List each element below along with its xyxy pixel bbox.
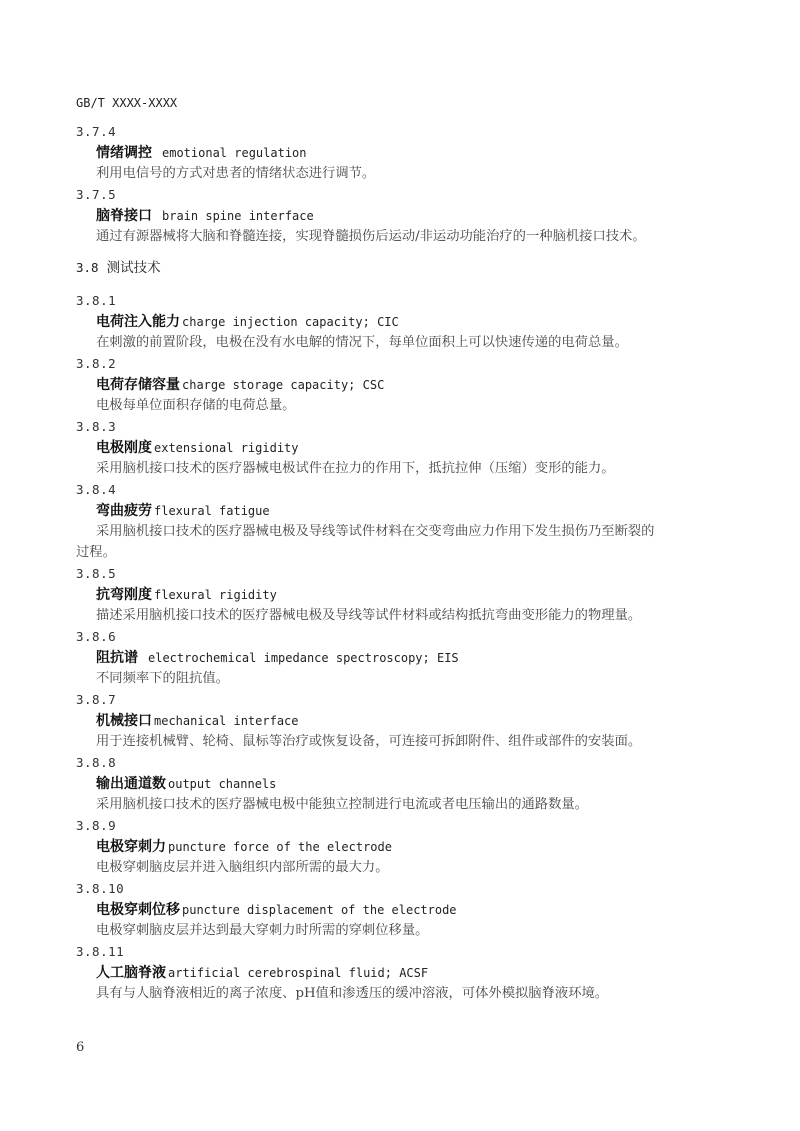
term-zh: 人工脑脊液 <box>96 965 166 981</box>
term-entry: 3.8.5 抗弯刚度flexural rigidity 描述采用脑机接口技术的医… <box>76 563 716 626</box>
term-en: charge storage capacity; CSC <box>182 378 384 392</box>
page-number: 6 <box>76 1040 84 1055</box>
entry-number: 3.8.10 <box>76 878 716 899</box>
term-zh: 电极刚度 <box>96 440 152 456</box>
term-definition: 采用脑机接口技术的医疗器械电极及导线等试件材料在交变弯曲应力作用下发生损伤乃至断… <box>76 521 716 542</box>
entry-number: 3.8.6 <box>76 626 716 647</box>
term-heading: 电极刚度extensional rigidity <box>76 437 716 458</box>
term-zh: 电极穿刺力 <box>96 839 166 855</box>
term-definition: 利用电信号的方式对患者的情绪状态进行调节。 <box>76 163 716 184</box>
term-en: charge injection capacity; CIC <box>182 315 399 329</box>
term-heading: 情绪调控emotional regulation <box>76 142 716 163</box>
section-title: 测试技术 <box>107 260 161 276</box>
term-zh: 情绪调控 <box>96 145 152 161</box>
term-entry: 3.8.10 电极穿刺位移puncture displacement of th… <box>76 878 716 941</box>
term-zh: 抗弯刚度 <box>96 587 152 603</box>
term-zh: 机械接口 <box>96 713 152 729</box>
term-zh: 弯曲疲劳 <box>96 503 152 519</box>
term-definition: 在刺激的前置阶段，电极在没有水电解的情况下，每单位面积上可以快速传递的电荷总量。 <box>76 332 716 353</box>
term-entry: 3.8.6 阻抗谱electrochemical impedance spect… <box>76 626 716 689</box>
term-definition: 电极每单位面积存储的电荷总量。 <box>76 395 716 416</box>
entry-number: 3.8.7 <box>76 689 716 710</box>
entry-number: 3.8.9 <box>76 815 716 836</box>
entry-number: 3.8.5 <box>76 563 716 584</box>
section-number: 3.8 <box>76 260 99 275</box>
entry-number: 3.8.2 <box>76 353 716 374</box>
term-en: artificial cerebrospinal fluid; ACSF <box>168 966 428 980</box>
term-zh: 脑脊接口 <box>96 208 152 224</box>
entry-number: 3.8.1 <box>76 290 716 311</box>
term-definition: 不同频率下的阻抗值。 <box>76 668 716 689</box>
term-en: brain spine interface <box>162 209 314 223</box>
term-entry: 3.8.7 机械接口mechanical interface 用于连接机械臂、轮… <box>76 689 716 752</box>
term-entry: 3.8.8 输出通道数output channels 采用脑机接口技术的医疗器械… <box>76 752 716 815</box>
term-en: puncture displacement of the electrode <box>182 903 457 917</box>
term-definition: 采用脑机接口技术的医疗器械电极试件在拉力的作用下，抵抗拉伸（压缩）变形的能力。 <box>76 458 716 479</box>
term-heading: 脑脊接口brain spine interface <box>76 205 716 226</box>
term-definition: 用于连接机械臂、轮椅、鼠标等治疗或恢复设备，可连接可拆卸附件、组件或部件的安装面… <box>76 731 716 752</box>
standard-code-header: GB/T XXXX-XXXX <box>76 96 177 110</box>
term-heading: 电极穿刺位移puncture displacement of the elect… <box>76 899 716 920</box>
term-heading: 输出通道数output channels <box>76 773 716 794</box>
term-zh: 阻抗谱 <box>96 650 138 666</box>
entry-number: 3.8.8 <box>76 752 716 773</box>
entry-number: 3.8.11 <box>76 941 716 962</box>
term-en: flexural rigidity <box>154 588 277 602</box>
term-definition: 采用脑机接口技术的医疗器械电极中能独立控制进行电流或者电压输出的通路数量。 <box>76 794 716 815</box>
term-entry: 3.7.5 脑脊接口brain spine interface 通过有源器械将大… <box>76 184 716 247</box>
section-heading: 3.8测试技术 <box>76 257 716 278</box>
term-heading: 电荷注入能力charge injection capacity; CIC <box>76 311 716 332</box>
term-zh: 电荷存储容量 <box>96 377 180 393</box>
entry-number: 3.7.4 <box>76 121 716 142</box>
term-en: mechanical interface <box>154 714 299 728</box>
term-en: flexural fatigue <box>154 504 270 518</box>
term-en: extensional rigidity <box>154 441 299 455</box>
term-heading: 阻抗谱electrochemical impedance spectroscop… <box>76 647 716 668</box>
term-entry: 3.7.4 情绪调控emotional regulation 利用电信号的方式对… <box>76 121 716 184</box>
term-entry: 3.8.3 电极刚度extensional rigidity 采用脑机接口技术的… <box>76 416 716 479</box>
entry-number: 3.7.5 <box>76 184 716 205</box>
term-heading: 电极穿刺力puncture force of the electrode <box>76 836 716 857</box>
term-en: puncture force of the electrode <box>168 840 392 854</box>
term-entry: 3.8.9 电极穿刺力puncture force of the electro… <box>76 815 716 878</box>
document-page: GB/T XXXX-XXXX 3.7.4 情绪调控emotional regul… <box>0 0 800 1131</box>
entry-number: 3.8.4 <box>76 479 716 500</box>
term-definition: 具有与人脑脊液相近的离子浓度、pH值和渗透压的缓冲溶液，可体外模拟脑脊液环境。 <box>76 983 716 1004</box>
term-definition: 描述采用脑机接口技术的医疗器械电极及导线等试件材料或结构抵抗弯曲变形能力的物理量… <box>76 605 716 626</box>
document-body: 3.7.4 情绪调控emotional regulation 利用电信号的方式对… <box>76 121 716 1004</box>
term-heading: 人工脑脊液artificial cerebrospinal fluid; ACS… <box>76 962 716 983</box>
term-definition: 通过有源器械将大脑和脊髓连接，实现脊髓损伤后运动/非运动功能治疗的一种脑机接口技… <box>76 226 716 247</box>
term-definition-continuation: 过程。 <box>76 542 716 563</box>
term-zh: 电荷注入能力 <box>96 314 180 330</box>
term-heading: 弯曲疲劳flexural fatigue <box>76 500 716 521</box>
term-en: electrochemical impedance spectroscopy; … <box>148 651 459 665</box>
term-entry: 3.8.2 电荷存储容量charge storage capacity; CSC… <box>76 353 716 416</box>
term-en: emotional regulation <box>162 146 307 160</box>
term-entry: 3.8.4 弯曲疲劳flexural fatigue 采用脑机接口技术的医疗器械… <box>76 479 716 563</box>
term-definition: 电极穿刺脑皮层并进入脑组织内部所需的最大力。 <box>76 857 716 878</box>
entry-number: 3.8.3 <box>76 416 716 437</box>
term-definition: 电极穿刺脑皮层并达到最大穿刺力时所需的穿刺位移量。 <box>76 920 716 941</box>
term-zh: 输出通道数 <box>96 776 166 792</box>
term-heading: 抗弯刚度flexural rigidity <box>76 584 716 605</box>
term-heading: 机械接口mechanical interface <box>76 710 716 731</box>
term-zh: 电极穿刺位移 <box>96 902 180 918</box>
term-heading: 电荷存储容量charge storage capacity; CSC <box>76 374 716 395</box>
term-entry: 3.8.1 电荷注入能力charge injection capacity; C… <box>76 290 716 353</box>
term-entry: 3.8.11 人工脑脊液artificial cerebrospinal flu… <box>76 941 716 1004</box>
term-en: output channels <box>168 777 276 791</box>
